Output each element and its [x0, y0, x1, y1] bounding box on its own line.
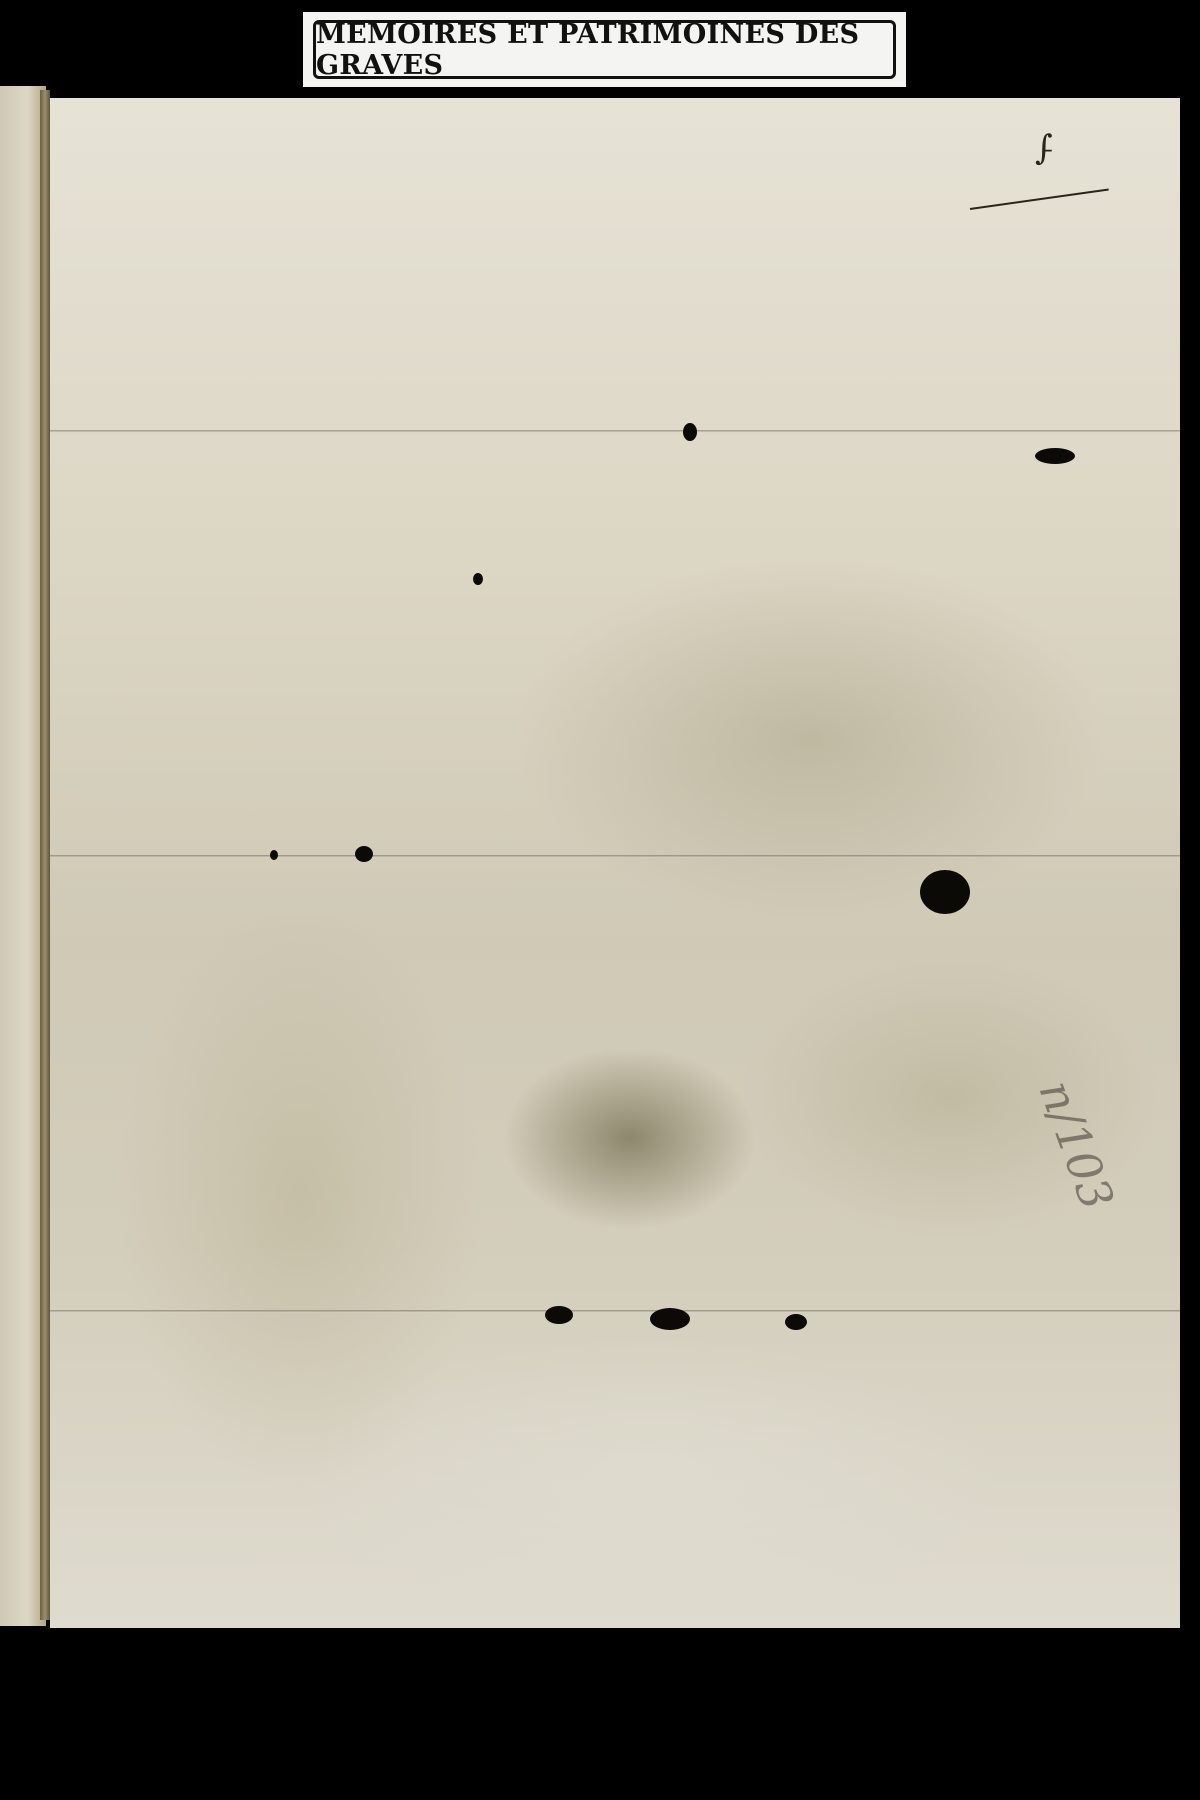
faint-pencil-number: n/103 [1028, 1073, 1124, 1216]
worm-hole [683, 423, 697, 441]
folio-mark: ∫̵ [1035, 128, 1053, 168]
flourish-line [970, 189, 1109, 210]
worm-hole [270, 850, 278, 860]
archive-label-frame: MEMOIRES ET PATRIMOINES DES GRAVES [313, 20, 896, 79]
binding-spine [40, 90, 50, 1620]
worm-hole [785, 1314, 807, 1330]
worm-hole [1035, 448, 1075, 464]
worm-hole [545, 1306, 573, 1324]
manuscript-page: ∫̵ n/103 [50, 98, 1180, 1628]
archive-label-text: MEMOIRES ET PATRIMOINES DES GRAVES [316, 19, 893, 81]
worm-hole [355, 846, 373, 862]
fold-line-2 [50, 855, 1180, 858]
archive-label: MEMOIRES ET PATRIMOINES DES GRAVES [303, 12, 906, 87]
fold-line-1 [50, 430, 1180, 433]
worm-hole [650, 1308, 690, 1330]
burn-hole [920, 870, 970, 914]
fold-line-3 [50, 1310, 1180, 1313]
ink-spot [473, 573, 483, 585]
